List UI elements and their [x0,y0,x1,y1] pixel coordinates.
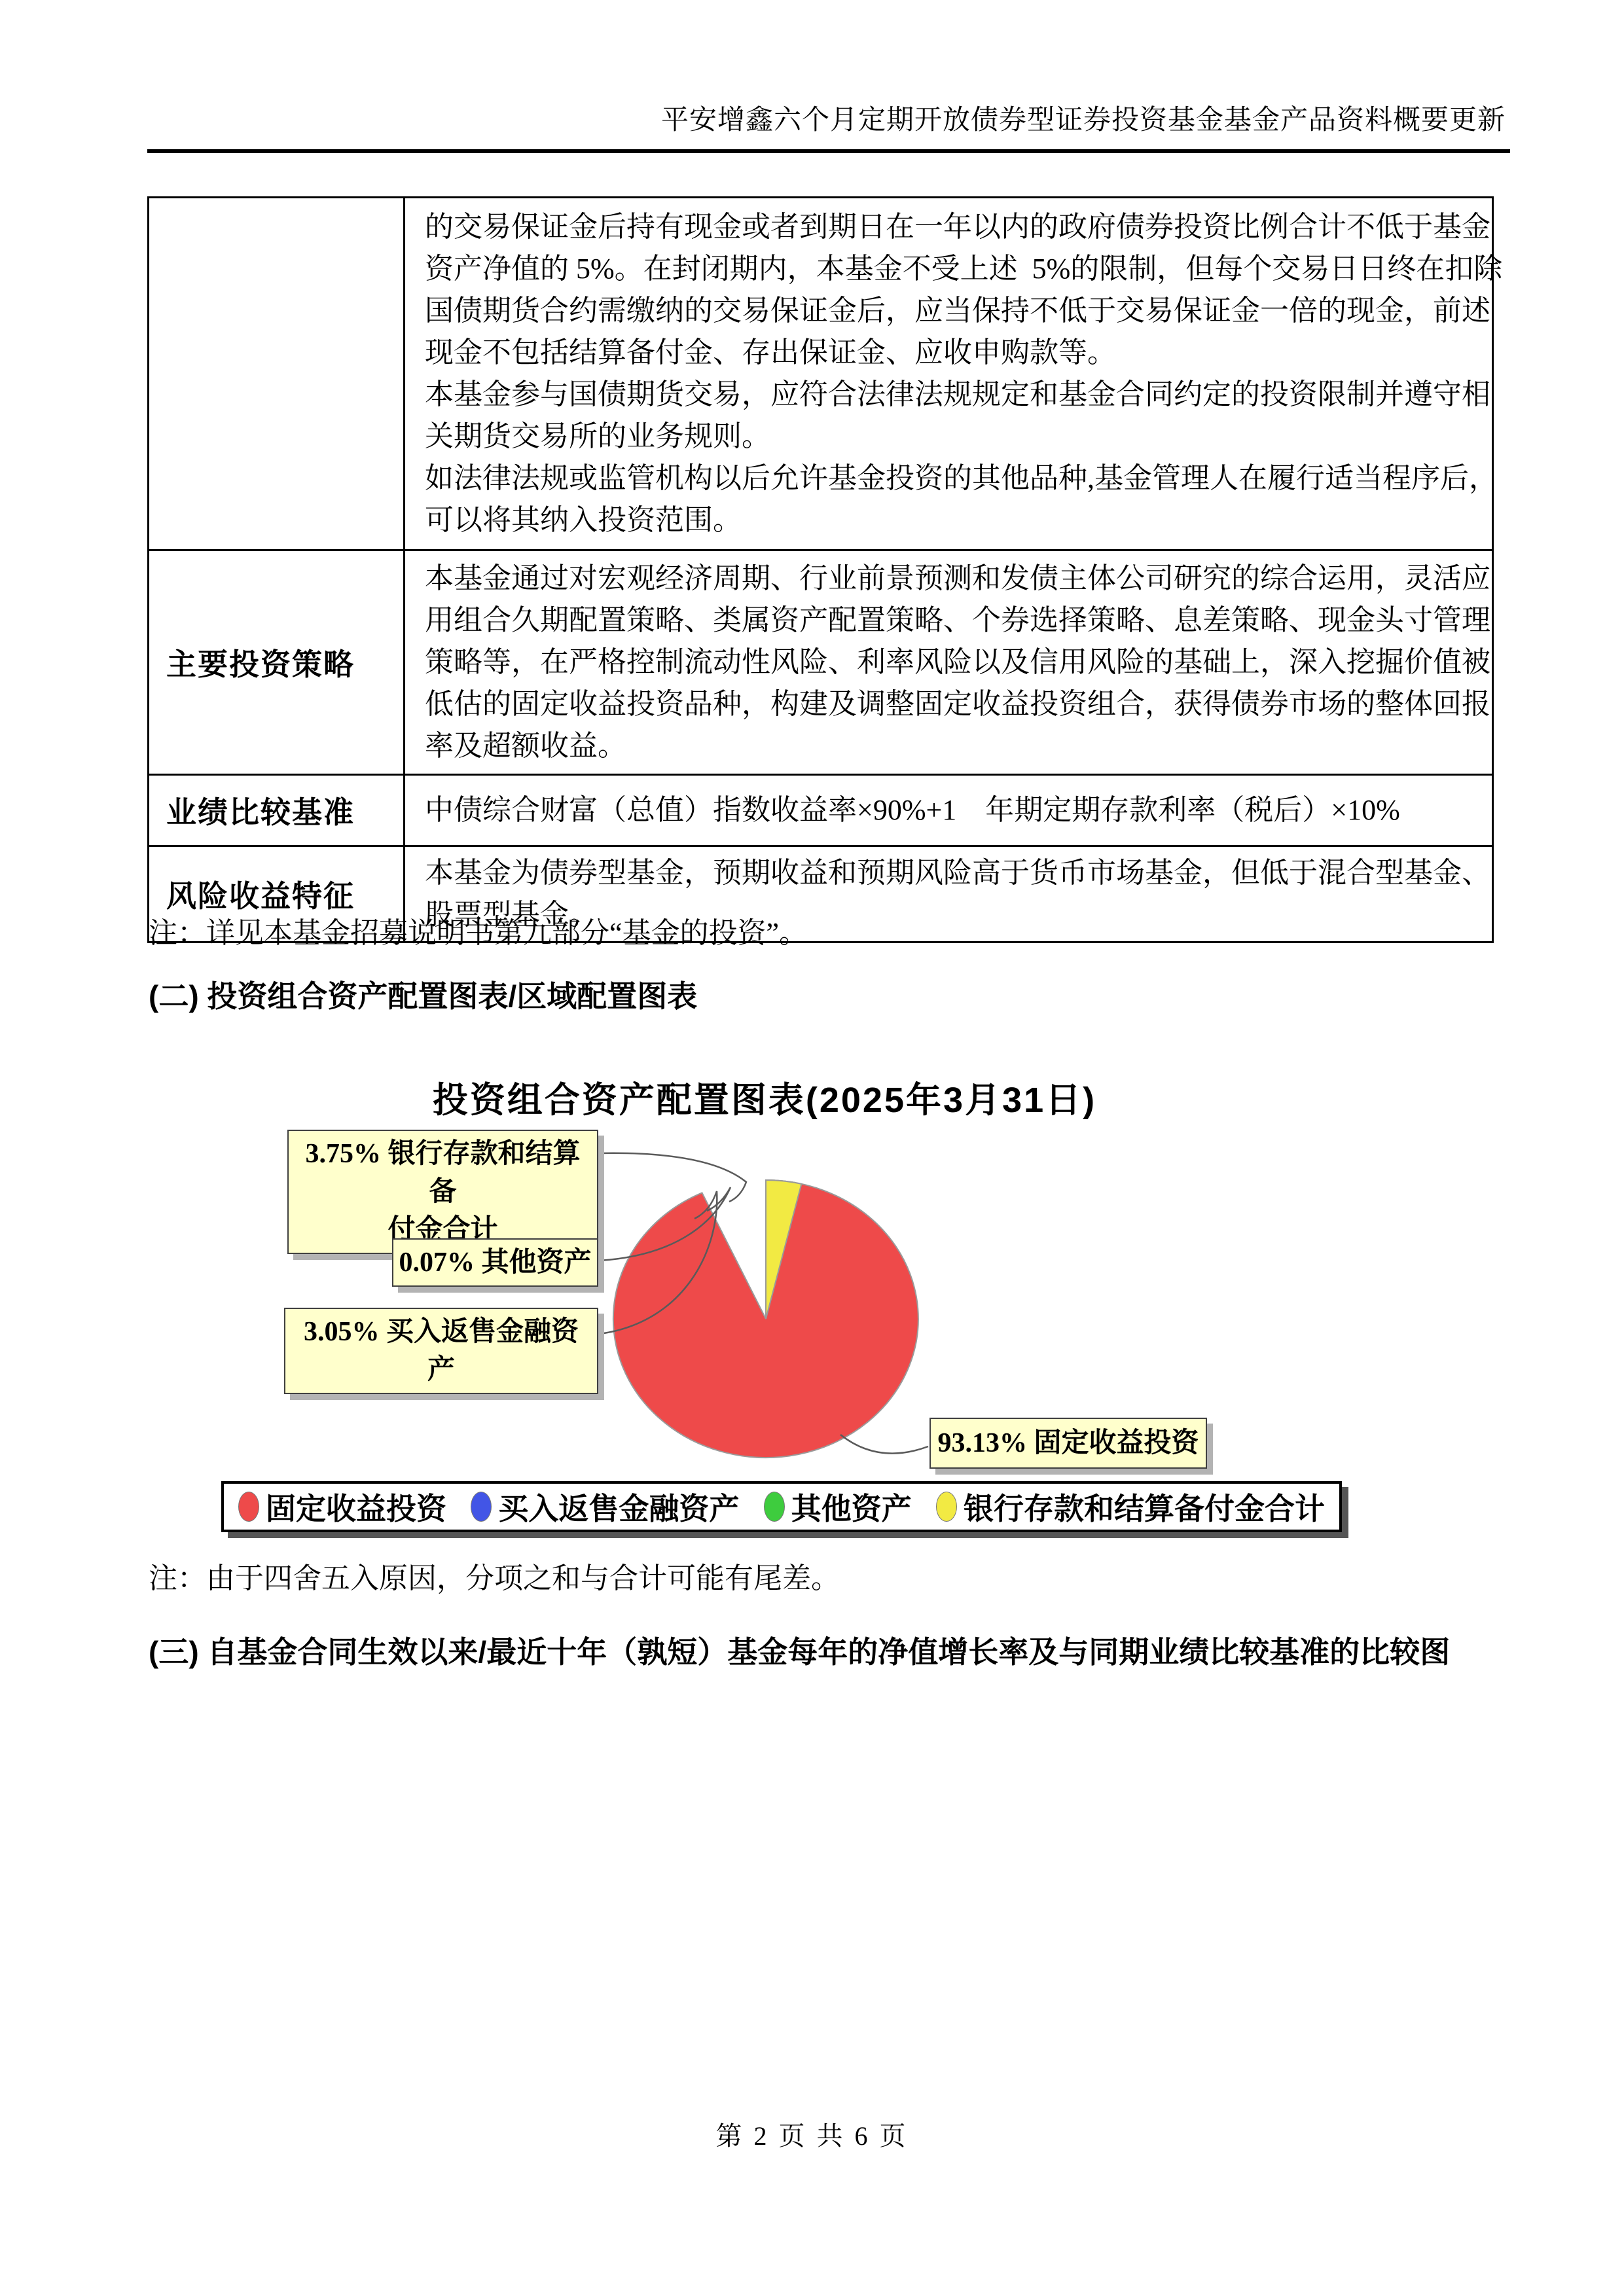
legend-dot-icon [936,1492,957,1522]
legend-item: 固定收益投资 [238,1485,446,1528]
row-label-cell [149,198,405,550]
chart-legend: 固定收益投资买入返售金融资产其他资产银行存款和结算备付金合计 [221,1481,1342,1532]
content-line: 如法律法规或监管机构以后允许基金投资的其他品种,基金管理人在履行适当程序后， [425,457,1476,499]
row-label-cell: 业绩比较基准 [149,775,405,846]
row-label-cell: 主要投资策略 [149,550,405,775]
legend-label: 买入返售金融资产 [498,1485,739,1528]
callout-fixed-income: 93.13% 固定收益投资 [929,1418,1207,1469]
content-line: 可以将其纳入投资范围。 [425,499,1476,541]
legend-dot-icon [471,1492,492,1522]
table-row: 业绩比较基准中债综合财富（总值）指数收益率×90%+1 年期定期存款利率（税后）… [149,775,1493,846]
content-line: 资产净值的 5%。在封闭期内，本基金不受上述 5%的限制，但每个交易日日终在扣除 [425,248,1476,290]
content-line: 低估的固定收益投资品种，构建及调整固定收益投资组合，获得债券市场的整体回报 [425,683,1476,725]
content-line: 关期货交易所的业务规则。 [425,416,1476,457]
row-content-cell: 本基金通过对宏观经济周期、行业前景预测和发债主体公司研究的综合运用，灵活应用组合… [405,550,1493,775]
callout-other-assets: 0.07% 其他资产 [392,1238,598,1287]
legend-dot-icon [764,1492,785,1522]
fund-info-table-body: 的交易保证金后持有现金或者到期日在一年以内的政府债券投资比例合计不低于基金资产净… [149,198,1493,942]
connector-line-fixed-income [840,1435,928,1454]
content-line: 率及超额收益。 [425,725,1476,767]
legend-dot-icon [238,1492,259,1522]
content-line: 的交易保证金后持有现金或者到期日在一年以内的政府债券投资比例合计不低于基金 [425,206,1476,248]
legend-label: 银行存款和结算备付金合计 [964,1485,1325,1528]
pie-chart-figure: 投资组合资产配置图表(2025年3月31日) 3.75% 银行存款和结算备 付金… [221,1060,1342,1590]
content-line: 国债期货合约需缴纳的交易保证金后，应当保持不低于交易保证金一倍的现金，前述 [425,290,1476,332]
table-note: 注：详见本基金招募说明书第九部分“基金的投资”。 [149,915,808,952]
legend-item: 买入返售金融资产 [471,1485,739,1528]
section-heading-2: (二) 投资组合资产配置图表/区域配置图表 [149,978,697,1014]
document-page: 平安增鑫六个月定期开放债券型证券投资基金基金产品资料概要更新 的交易保证金后持有… [0,0,1624,2296]
row-content-cell: 中债综合财富（总值）指数收益率×90%+1 年期定期存款利率（税后）×10% [405,775,1493,846]
content-line: 用组合久期配置策略、类属资产配置策略、个券选择策略、息差策略、现金头寸管理 [425,600,1476,641]
connector-line-bank [600,1153,746,1202]
section-heading-3: (三) 自基金合同生效以来/最近十年（孰短）基金每年的净值增长率及与同期业绩比较… [149,1634,1450,1670]
table-row: 主要投资策略本基金通过对宏观经济周期、行业前景预测和发债主体公司研究的综合运用，… [149,550,1493,775]
content-line: 本基金为债券型基金，预期收益和预期风险高于货币市场基金，但低于混合型基金、 [425,852,1476,894]
content-line: 现金不包括结算备付金、存出保证金、应收申购款等。 [425,332,1476,374]
fund-info-table: 的交易保证金后持有现金或者到期日在一年以内的政府债券投资比例合计不低于基金资产净… [147,196,1494,943]
content-line: 策略等，在严格控制流动性风险、利率风险以及信用风险的基础上，深入挖掘价值被 [425,641,1476,683]
row-content-cell: 的交易保证金后持有现金或者到期日在一年以内的政府债券投资比例合计不低于基金资产净… [405,198,1493,550]
content-line: 本基金通过对宏观经济周期、行业前景预测和发债主体公司研究的综合运用，灵活应 [425,558,1476,600]
legend-label: 固定收益投资 [266,1485,446,1528]
pie-slices [613,1180,918,1458]
table-row: 的交易保证金后持有现金或者到期日在一年以内的政府债券投资比例合计不低于基金资产净… [149,198,1493,550]
content-line: 本基金参与国债期货交易，应符合法律法规规定和基金合同约定的投资限制并遵守相 [425,374,1476,416]
page-header-title: 平安增鑫六个月定期开放债券型证券投资基金基金产品资料概要更新 [661,105,1506,136]
legend-label: 其他资产 [791,1485,912,1528]
callout-repo-assets: 3.05% 买入返售金融资产 [284,1308,598,1394]
callout-bank-deposits: 3.75% 银行存款和结算备 付金合计 [287,1130,598,1254]
legend-item: 银行存款和结算备付金合计 [936,1485,1325,1528]
content-line: 中债综合财富（总值）指数收益率×90%+1 年期定期存款利率（税后）×10% [425,789,1476,831]
page-footer: 第 2 页 共 6 页 [0,2115,1624,2153]
header-rule [147,149,1510,153]
legend-item: 其他资产 [764,1485,912,1528]
